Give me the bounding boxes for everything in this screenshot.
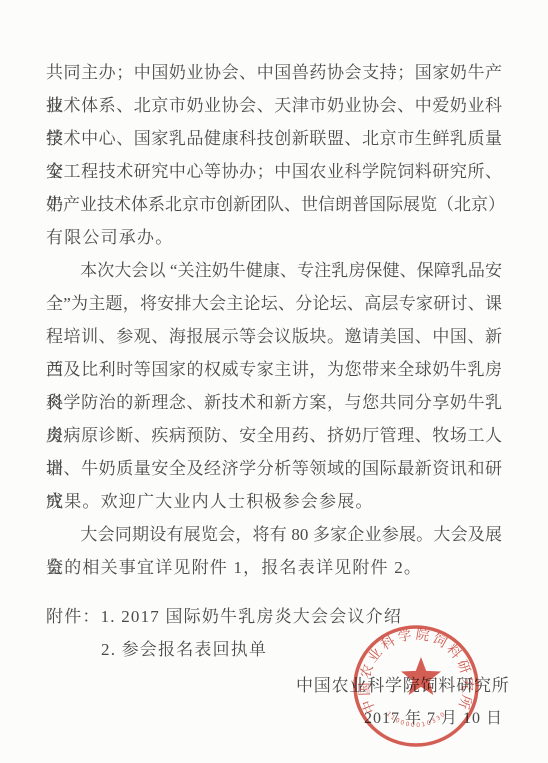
seal-star-icon bbox=[401, 657, 441, 695]
body-line: 大会同期设有展览会，将有 80 多家企业参展。大会及展览 bbox=[46, 518, 502, 551]
body-line: 技术中心、国家乳品健康科技创新联盟、北京市生鲜乳质量安 bbox=[46, 122, 502, 155]
body-line: 科学防治的新理念、新技术和新方案，与您共同分享奶牛乳房 bbox=[46, 386, 502, 419]
body-line: 全工程技术研究中心等协办；中国农业科学院饲料研究所、奶 bbox=[46, 155, 502, 188]
body-line: 会的相关事宜详见附件 1，报名表详见附件 2。 bbox=[46, 551, 502, 584]
document-page: 共同主办；中国奶业协会、中国兽药协会支持；国家奶牛产业 技术体系、北京市奶业协会… bbox=[0, 0, 548, 763]
body-text: 共同主办；中国奶业协会、中国兽药协会支持；国家奶牛产业 技术体系、北京市奶业协会… bbox=[46, 56, 502, 584]
body-line: 兰及比利时等国家的权威专家主讲，为您带来全球奶牛乳房炎 bbox=[46, 353, 502, 386]
body-line: 共同主办；中国奶业协会、中国兽药协会支持；国家奶牛产业 bbox=[46, 56, 502, 89]
body-line: 训、牛奶质量安全及经济学分析等领域的国际最新资讯和研究 bbox=[46, 452, 502, 485]
body-line: 炎病原诊断、疾病预防、安全用药、挤奶厅管理、牧场工人培 bbox=[46, 419, 502, 452]
body-line: 有限公司承办。 bbox=[46, 221, 502, 254]
official-seal: 中国农业科学院饲料研究所 1100000103308 bbox=[351, 625, 481, 751]
body-line: 程培训、参观、海报展示等会议版块。邀请美国、中国、新西 bbox=[46, 320, 502, 353]
body-line: 牛产业技术体系北京市创新团队、世信朗普国际展览（北京） bbox=[46, 188, 502, 221]
body-line: 全”为主题，将安排大会主论坛、分论坛、高层专家研讨、课 bbox=[46, 287, 502, 320]
body-line: 本次大会以 “关注奶牛健康、专注乳房保健、保障乳品安 bbox=[46, 254, 502, 287]
body-line: 技术体系、北京市奶业协会、天津市奶业协会、中爱奶业科学 bbox=[46, 89, 502, 122]
body-line: 成果。欢迎广大业内人士积极参会参展。 bbox=[46, 485, 502, 518]
